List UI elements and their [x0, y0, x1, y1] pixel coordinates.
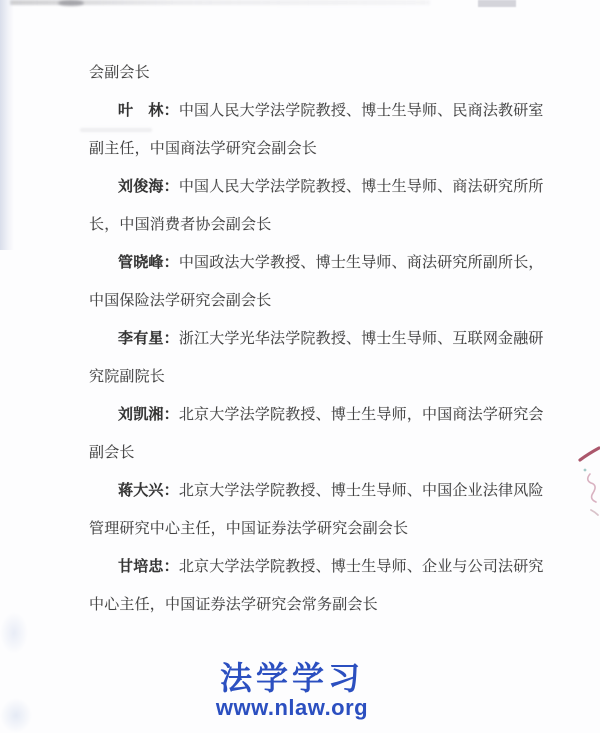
line-text: 管理研究中心主任，中国证券法学研究会副会长: [89, 521, 408, 537]
document-line: 副主任，中国商法学研究会副会长: [89, 130, 537, 168]
scan-smudge-top-right: [478, 0, 516, 7]
person-name: 李有星：: [118, 331, 179, 347]
person-name: 刘凯湘：: [118, 407, 179, 423]
document-line: 甘培忠：北京大学法学院教授、博士生导师、企业与公司法研究: [89, 548, 537, 586]
line-text: 中国人民大学法学院教授、博士生导师、民商法教研室: [179, 103, 544, 119]
line-text: 中心主任，中国证券法学研究会常务副会长: [89, 597, 378, 613]
watermark-title: 法学学习: [0, 660, 584, 696]
line-text: 北京大学法学院教授、博士生导师，中国商法学研究会: [179, 407, 544, 423]
watermark: 法学学习 www.nlaw.org: [0, 660, 584, 720]
scanned-page: 会副会长叶 林：中国人民大学法学院教授、博士生导师、民商法教研室副主任，中国商法…: [0, 0, 600, 733]
person-name: 刘俊海：: [118, 179, 179, 195]
document-line: 刘凯湘：北京大学法学院教授、博士生导师，中国商法学研究会: [89, 396, 537, 434]
line-text: 会副会长: [89, 65, 150, 81]
document-line: 管晓峰：中国政法大学教授、博士生导师、商法研究所副所长，: [89, 244, 537, 282]
line-text: 中国保险法学研究会副会长: [89, 293, 271, 309]
person-name: 管晓峰：: [118, 255, 179, 271]
document-line: 蒋大兴：北京大学法学院教授、博士生导师、中国企业法律风险: [89, 472, 537, 510]
document-line: 中心主任，中国证券法学研究会常务副会长: [89, 586, 537, 624]
document-line: 管理研究中心主任，中国证券法学研究会副会长: [89, 510, 537, 548]
document-text: 会副会长叶 林：中国人民大学法学院教授、博士生导师、民商法教研室副主任，中国商法…: [89, 54, 537, 624]
line-text: 究院副院长: [89, 369, 165, 385]
document-line: 究院副院长: [89, 358, 537, 396]
person-name: 甘培忠：: [118, 559, 179, 575]
document-line: 会副会长: [89, 54, 537, 92]
scan-blob-bottom-left-1: [0, 612, 28, 654]
scan-smudge-spot: [58, 0, 84, 6]
scan-edge-left: [0, 0, 14, 250]
document-line: 长，中国消费者协会副会长: [89, 206, 537, 244]
person-name: 蒋大兴：: [118, 483, 179, 499]
scan-smudge-top: [10, 0, 430, 5]
document-line: 副会长: [89, 434, 537, 472]
line-text: 北京大学法学院教授、博士生导师、中国企业法律风险: [179, 483, 544, 499]
watermark-url: www.nlaw.org: [0, 696, 584, 720]
line-text: 浙江大学光华法学院教授、博士生导师、互联网金融研: [179, 331, 544, 347]
document-line: 李有星：浙江大学光华法学院教授、博士生导师、互联网金融研: [89, 320, 537, 358]
line-text: 中国政法大学教授、博士生导师、商法研究所副所长，: [179, 255, 544, 271]
line-text: 副主任，中国商法学研究会副会长: [89, 141, 317, 157]
line-text: 中国人民大学法学院教授、博士生导师、商法研究所所: [179, 179, 544, 195]
document-line: 中国保险法学研究会副会长: [89, 282, 537, 320]
line-text: 长，中国消费者协会副会长: [89, 217, 271, 233]
red-ink-marks: [560, 430, 600, 540]
document-line: 叶 林：中国人民大学法学院教授、博士生导师、民商法教研室: [89, 92, 537, 130]
document-line: 刘俊海：中国人民大学法学院教授、博士生导师、商法研究所所: [89, 168, 537, 206]
person-name: 叶 林：: [118, 103, 179, 119]
line-text: 北京大学法学院教授、博士生导师、企业与公司法研究: [179, 559, 544, 575]
line-text: 副会长: [89, 445, 135, 461]
